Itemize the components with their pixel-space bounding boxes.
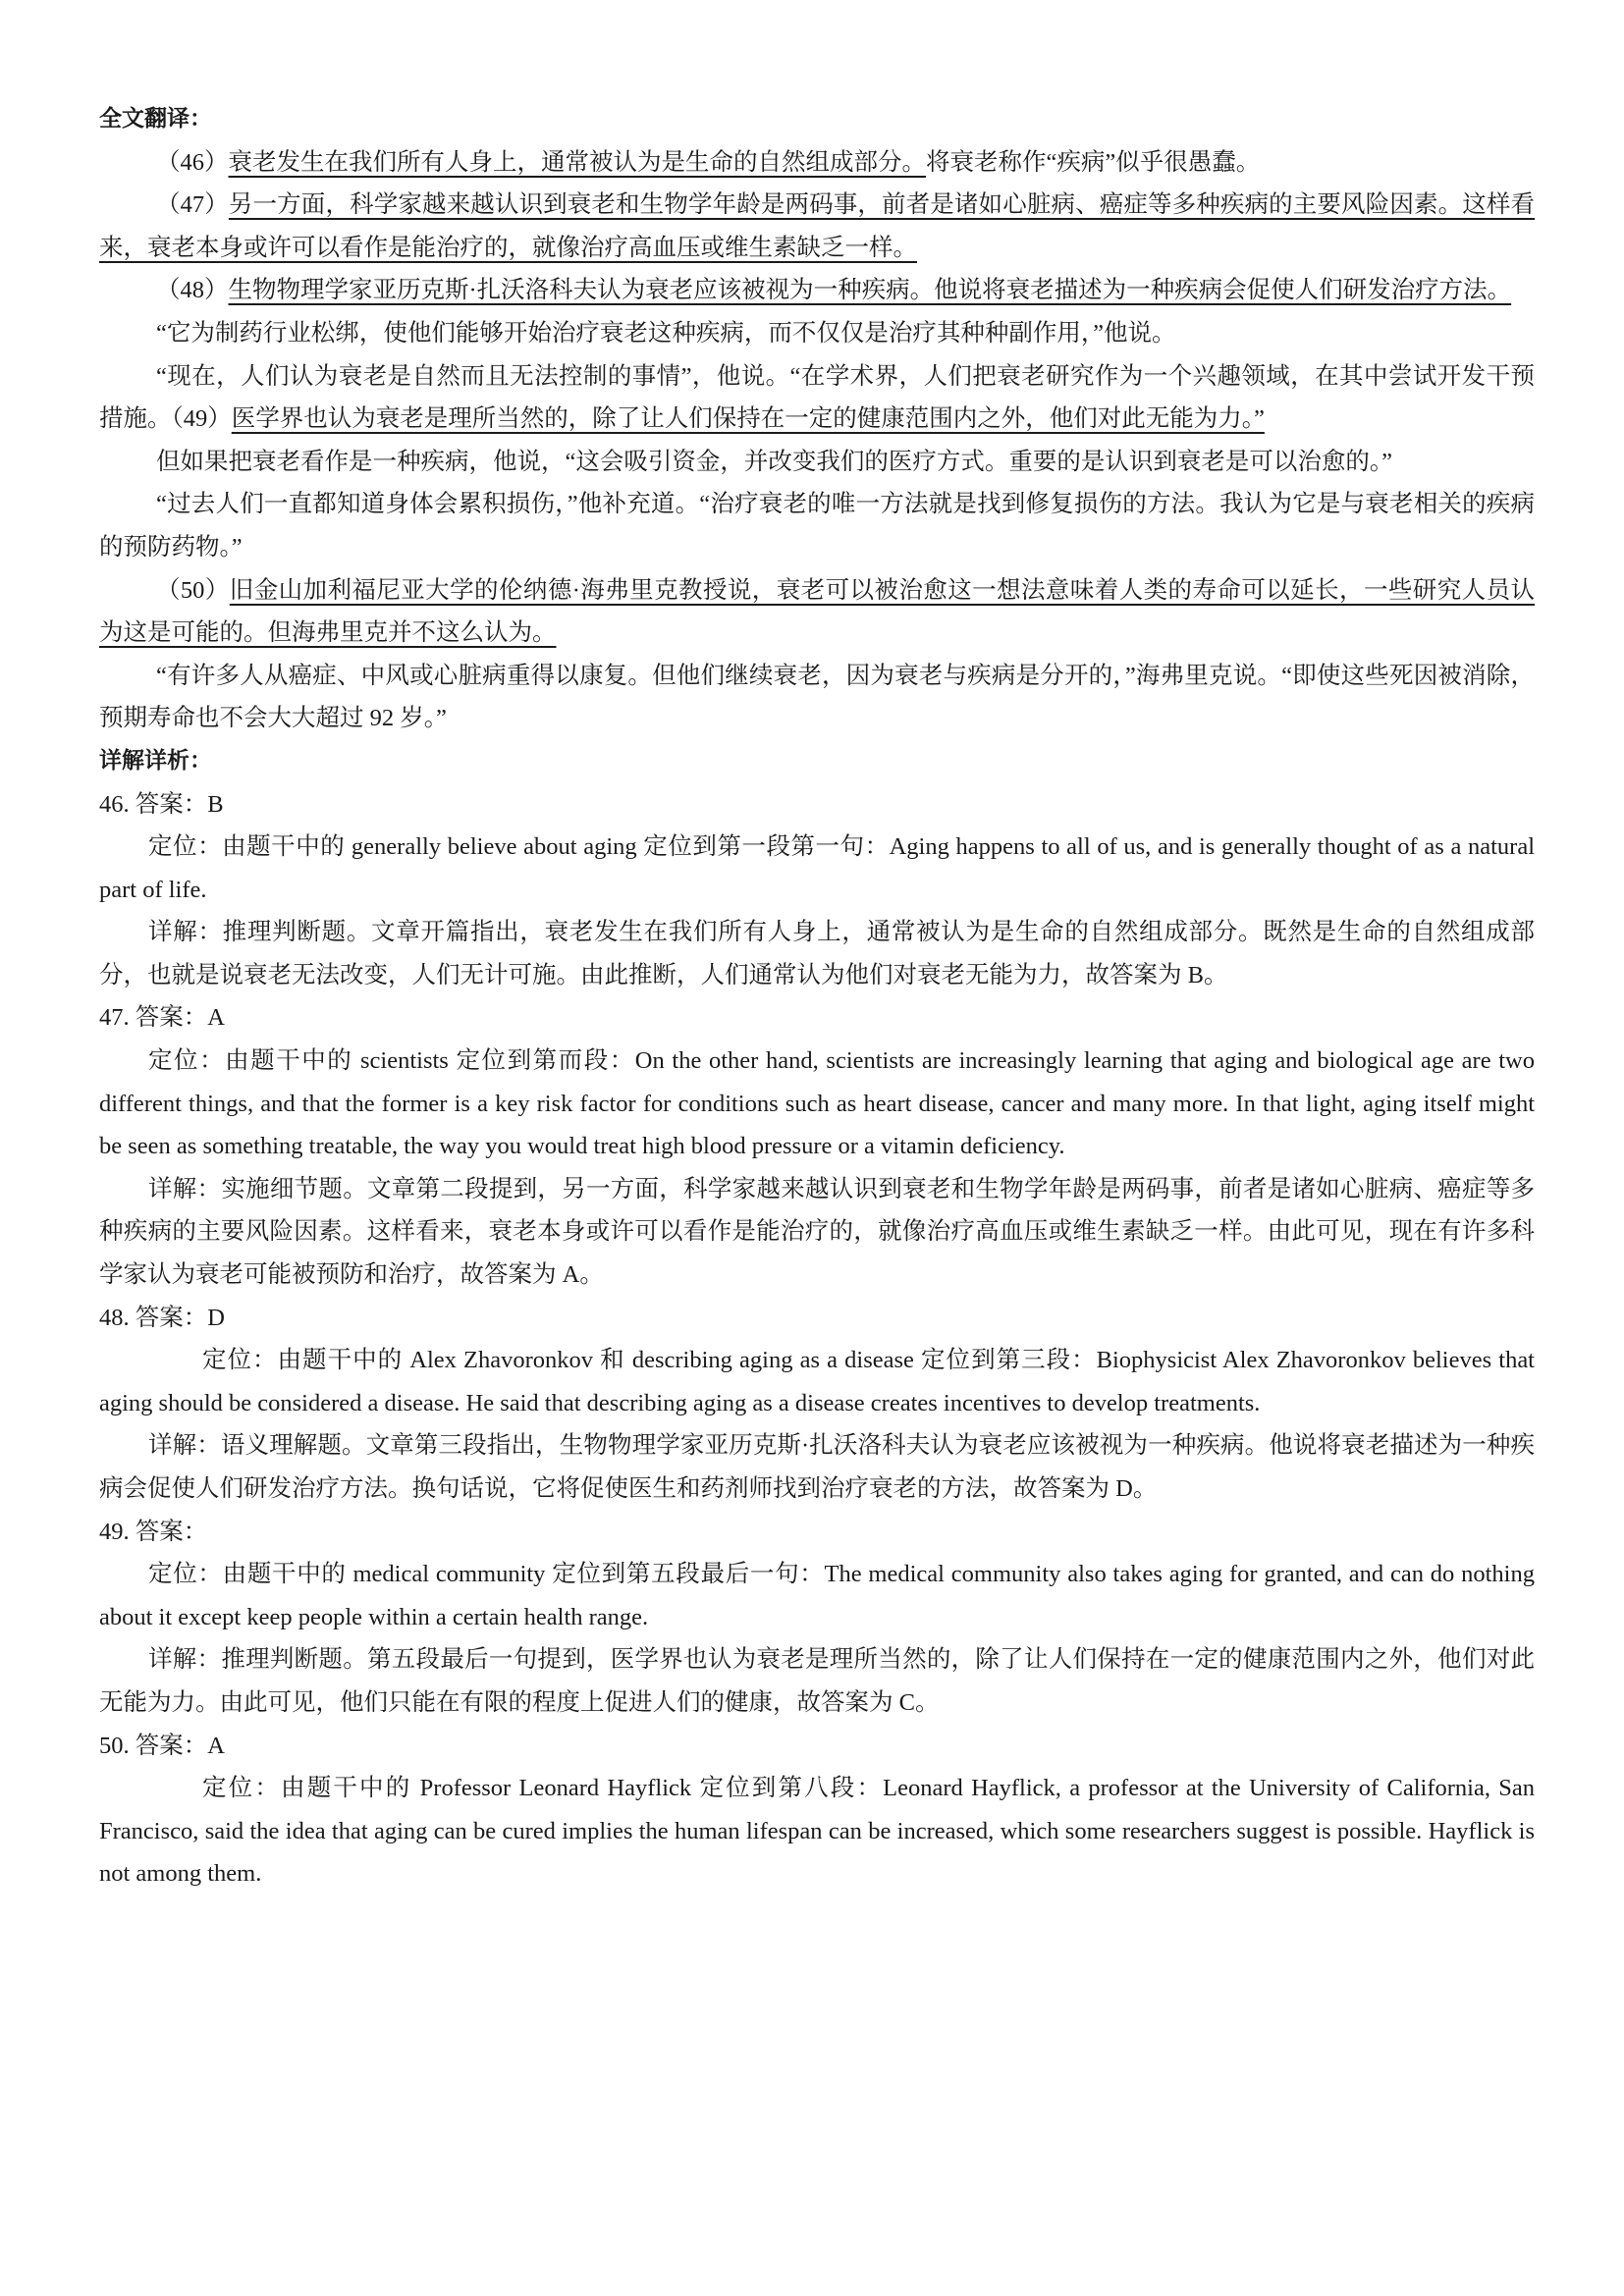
locate-text: 定位：由题干中的 Alex Zhavoronkov 和 describing a… xyxy=(99,1339,1535,1424)
answer-line: 47. 答案：A xyxy=(99,996,1535,1040)
locate-text: 定位：由题干中的 Professor Leonard Hayflick 定位到第… xyxy=(99,1767,1535,1896)
answer-line: 49. 答案： xyxy=(99,1511,1535,1554)
underlined-sentence: 另一方面，科学家越来越认识到衰老和生物学年龄是两码事，前者是诸如心脏病、癌症等多… xyxy=(99,191,1535,261)
analysis-item-49: 49. 答案： 定位：由题干中的 medical community 定位到第五… xyxy=(99,1511,1535,1725)
translation-paragraph: “过去人们一直都知道身体会累积损伤，”他补充道。“治疗衰老的唯一方法就是找到修复… xyxy=(99,483,1535,568)
analysis-item-47: 47. 答案：A 定位：由题干中的 scientists 定位到第而段：On t… xyxy=(99,996,1535,1296)
translation-heading: 全文翻译： xyxy=(99,98,1535,141)
explain-text: 详解：语义理解题。文章第三段指出，生物物理学家亚历克斯·扎沃洛科夫认为衰老应该被… xyxy=(99,1424,1535,1510)
underlined-sentence: 衰老发生在我们所有人身上，通常被认为是生命的自然组成部分。 xyxy=(229,149,927,176)
translation-paragraph-49: “现在，人们认为衰老是自然而且无法控制的事情”，他说。“在学术界，人们把衰老研究… xyxy=(99,355,1535,441)
translation-paragraph: “有许多人从癌症、中风或心脏病重得以康复。但他们继续衰老，因为衰老与疾病是分开的… xyxy=(99,655,1535,740)
question-number: （46） xyxy=(156,149,229,176)
translation-paragraph-47: （47）另一方面，科学家越来越认识到衰老和生物学年龄是两码事，前者是诸如心脏病、… xyxy=(99,184,1535,269)
analysis-item-48: 48. 答案：D 定位：由题干中的 Alex Zhavoronkov 和 des… xyxy=(99,1297,1535,1511)
translation-paragraph: “它为制药行业松绑，使他们能够开始治疗衰老这种疾病，而不仅仅是治疗其种种副作用，… xyxy=(99,312,1535,355)
explain-text: 详解：实施细节题。文章第二段提到，另一方面，科学家越来越认识到衰老和生物学年龄是… xyxy=(99,1168,1535,1297)
translation-paragraph-46: （46）衰老发生在我们所有人身上，通常被认为是生命的自然组成部分。将衰老称作“疾… xyxy=(99,141,1535,185)
locate-text: 定位：由题干中的 medical community 定位到第五段最后一句：Th… xyxy=(99,1553,1535,1638)
question-number: （50） xyxy=(156,577,230,604)
question-number: （47） xyxy=(156,191,229,218)
translation-paragraph: 但如果把衰老看作是一种疾病，他说，“这会吸引资金，并改变我们的医疗方式。重要的是… xyxy=(99,441,1535,484)
document-page: 全文翻译： （46）衰老发生在我们所有人身上，通常被认为是生命的自然组成部分。将… xyxy=(99,98,1535,1896)
answer-line: 50. 答案：A xyxy=(99,1725,1535,1768)
locate-text: 定位：由题干中的 generally believe about aging 定… xyxy=(99,826,1535,911)
answer-line: 48. 答案：D xyxy=(99,1297,1535,1340)
translation-paragraph-50: （50）旧金山加利福尼亚大学的伦纳德·海弗里克教授说，衰老可以被治愈这一想法意味… xyxy=(99,569,1535,655)
answer-line: 46. 答案：B xyxy=(99,783,1535,827)
question-number: （48） xyxy=(156,277,229,303)
translation-paragraph-48: （48）生物物理学家亚历克斯·扎沃洛科夫认为衰老应该被视为一种疾病。他说将衰老描… xyxy=(99,269,1535,312)
explain-text: 详解：推理判断题。文章开篇指出，衰老发生在我们所有人身上，通常被认为是生命的自然… xyxy=(99,911,1535,996)
paragraph-text: 将衰老称作“疾病”似乎很愚蠢。 xyxy=(926,149,1260,176)
analysis-item-46: 46. 答案：B 定位：由题干中的 generally believe abou… xyxy=(99,783,1535,997)
locate-text: 定位：由题干中的 scientists 定位到第而段：On the other … xyxy=(99,1040,1535,1168)
underlined-sentence: 生物物理学家亚历克斯·扎沃洛科夫认为衰老应该被视为一种疾病。他说将衰老描述为一种… xyxy=(229,277,1512,303)
question-number: （49） xyxy=(172,405,232,432)
underlined-sentence: 旧金山加利福尼亚大学的伦纳德·海弗里克教授说，衰老可以被治愈这一想法意味着人类的… xyxy=(99,577,1535,647)
analysis-item-50: 50. 答案：A 定位：由题干中的 Professor Leonard Hayf… xyxy=(99,1725,1535,1896)
underlined-sentence: 医学界也认为衰老是理所当然的，除了让人们保持在一定的健康范围内之外，他们对此无能… xyxy=(232,405,1265,432)
analysis-heading: 详解详析： xyxy=(99,740,1535,783)
explain-text: 详解：推理判断题。第五段最后一句提到，医学界也认为衰老是理所当然的，除了让人们保… xyxy=(99,1638,1535,1724)
